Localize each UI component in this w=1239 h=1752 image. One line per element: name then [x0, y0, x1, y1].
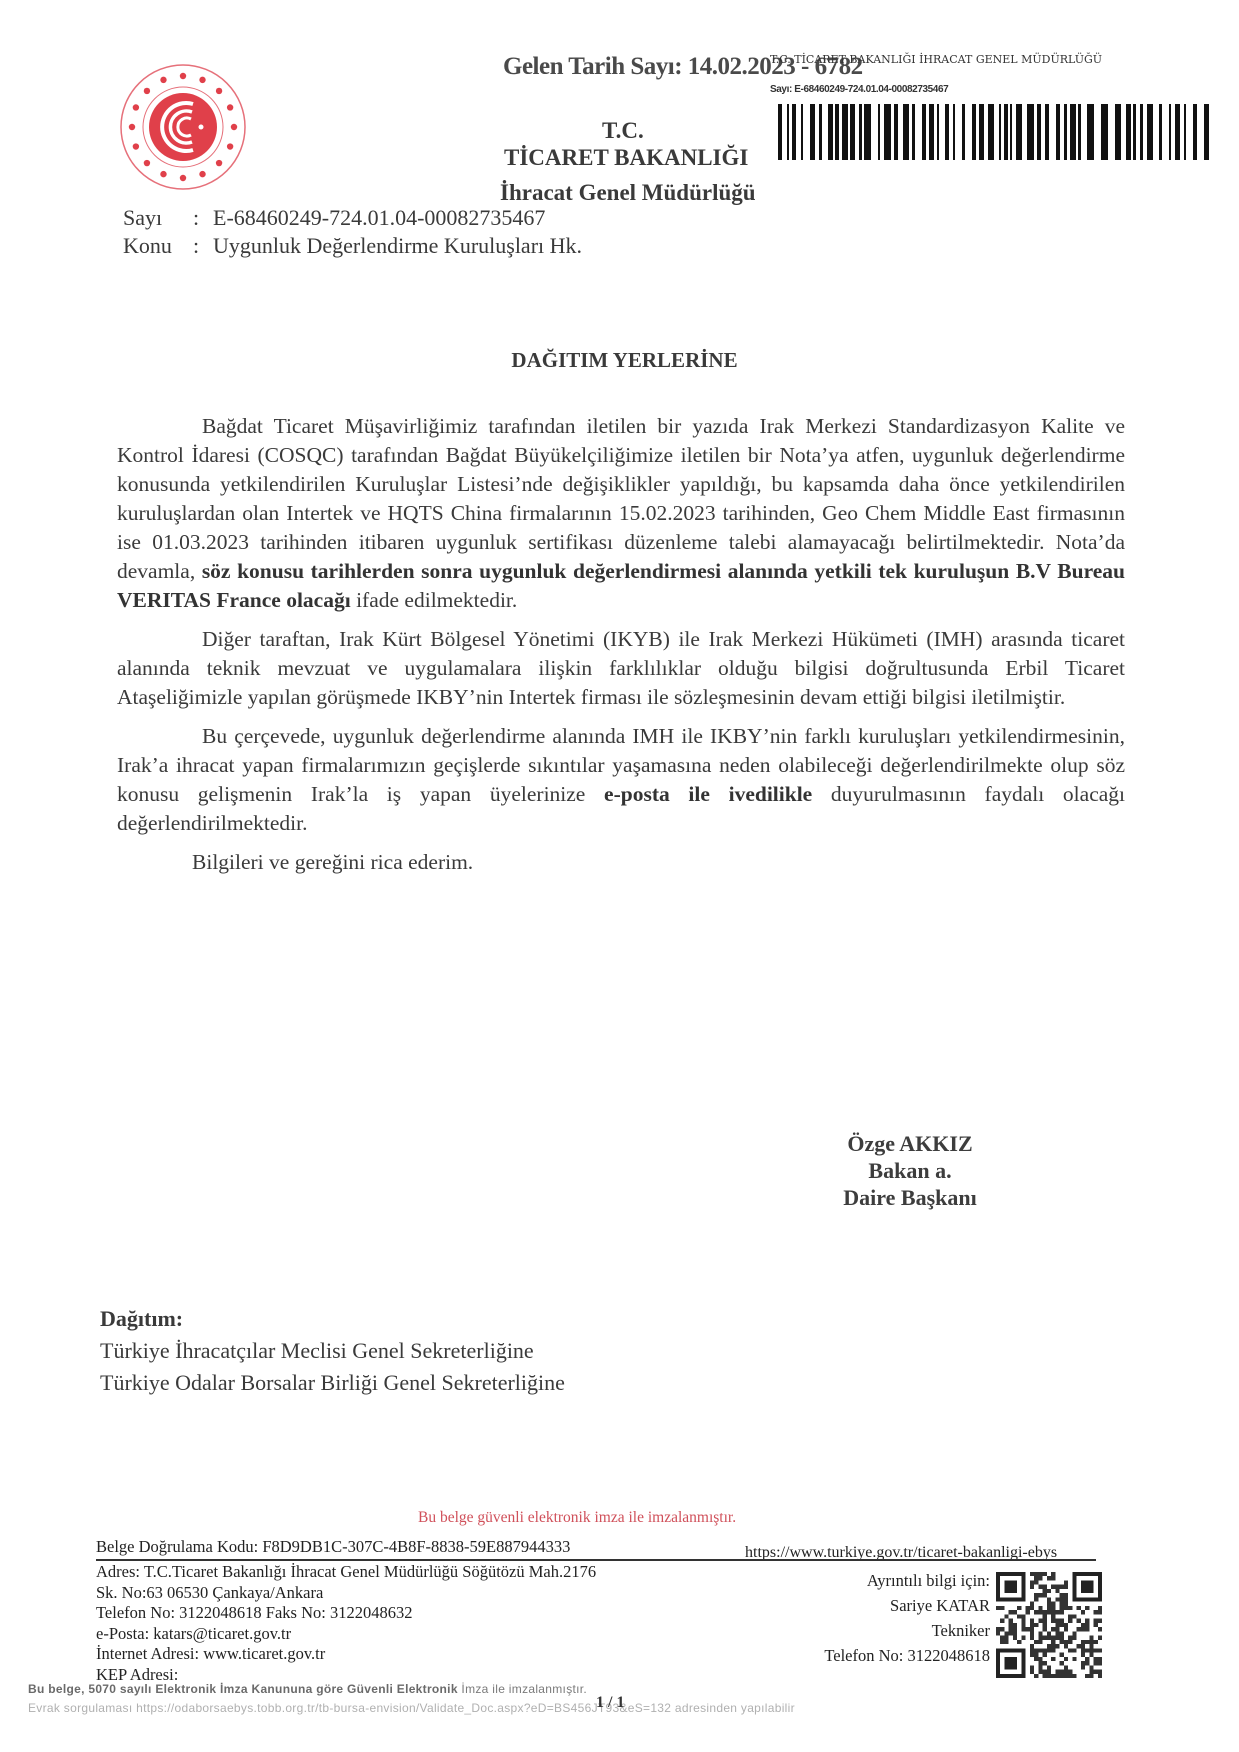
address-line-2: Sk. No:63 06530 Çankaya/Ankara: [96, 1583, 596, 1604]
paragraph-2: Diğer taraftan, Irak Kürt Bölgesel Yönet…: [117, 625, 1125, 712]
contact-name: Sariye KATAR: [760, 1593, 990, 1618]
legal-notice-bold: Bu belge, 5070 sayılı Elektronik İmza Ka…: [28, 1682, 458, 1696]
sayi-row: Sayı:E-68460249-724.01.04-00082735467: [123, 205, 545, 231]
p3-bold: e-posta ile ivedilikle: [604, 782, 812, 806]
legal-notice: Bu belge, 5070 sayılı Elektronik İmza Ka…: [28, 1682, 587, 1696]
signature-block: Özge AKKIZ Bakan a. Daire Başkanı: [820, 1130, 1000, 1211]
page-number: 1 / 1: [596, 1694, 624, 1712]
document-query-link[interactable]: Evrak sorgulaması https://odaborsaebys.t…: [28, 1701, 795, 1715]
legal-notice-rest: İmza ile imzalanmıştır.: [458, 1682, 587, 1696]
qr-code-icon: [996, 1572, 1102, 1678]
p1-text: Bağdat Ticaret Müşavirliğimiz tarafından…: [117, 414, 1125, 583]
paragraph-1: Bağdat Ticaret Müşavirliğimiz tarafından…: [117, 412, 1125, 615]
contact-title: Tekniker: [760, 1618, 990, 1643]
contact-label: Ayrıntılı bilgi için:: [760, 1568, 990, 1593]
stamp-ministry-label: T.C. TİCARET BAKANLIĞI İHRACAT GENEL MÜD…: [770, 53, 1102, 66]
signer-proxy: Bakan a.: [820, 1157, 1000, 1184]
distribution-item: Türkiye İhracatçılar Meclisi Genel Sekre…: [100, 1338, 534, 1364]
signer-name: Özge AKKIZ: [820, 1130, 1000, 1157]
verification-code: Belge Doğrulama Kodu: F8D9DB1C-307C-4B8F…: [96, 1537, 570, 1557]
konu-colon: :: [193, 233, 213, 259]
p1-bold: söz konusu tarihlerden sonra uygunluk de…: [117, 559, 1125, 612]
stamp-sayi: Sayı: E-68460249-724.01.04-00082735467: [770, 84, 948, 95]
addressee-title: DAĞITIM YERLERİNE: [0, 348, 1239, 373]
p1-end: ifade edilmektedir.: [351, 588, 518, 612]
sayi-colon: :: [193, 205, 213, 231]
paragraph-3: Bu çerçevede, uygunluk değerlendirme ala…: [117, 722, 1125, 838]
address-line-1: Adres: T.C.Ticaret Bakanlığı İhracat Gen…: [96, 1562, 596, 1583]
ministry-emblem-icon: [118, 62, 248, 192]
phone-fax: Telefon No: 3122048618 Faks No: 31220486…: [96, 1603, 596, 1624]
distribution-label: Dağıtım:: [100, 1306, 183, 1332]
closing-line: Bilgileri ve gereğini rica ederim.: [117, 848, 1125, 877]
contact-block: Ayrıntılı bilgi için: Sariye KATAR Tekni…: [760, 1568, 990, 1668]
e-signature-notice: Bu belge güvenli elektronik imza ile imz…: [418, 1509, 736, 1527]
org-ministry: TİCARET BAKANLIĞI: [504, 145, 748, 171]
konu-row: Konu:Uygunluk Değerlendirme Kuruluşları …: [123, 233, 582, 259]
internet-address: İnternet Adresi: www.ticaret.gov.tr: [96, 1644, 596, 1665]
letter-body: Bağdat Ticaret Müşavirliğimiz tarafından…: [117, 412, 1125, 887]
org-tc: T.C.: [602, 118, 644, 144]
sayi-value: E-68460249-724.01.04-00082735467: [213, 205, 545, 230]
konu-label: Konu: [123, 233, 193, 259]
contact-phone: Telefon No: 3122048618: [760, 1643, 990, 1668]
address-block: Adres: T.C.Ticaret Bakanlığı İhracat Gen…: [96, 1562, 596, 1685]
signer-title: Daire Başkanı: [820, 1184, 1000, 1211]
org-department: İhracat Genel Müdürlüğü: [500, 180, 756, 206]
distribution-item: Türkiye Odalar Borsalar Birliği Genel Se…: [100, 1370, 565, 1396]
barcode-icon: [778, 104, 1210, 160]
konu-value: Uygunluk Değerlendirme Kuruluşları Hk.: [213, 233, 582, 258]
footer-divider: [96, 1559, 1096, 1561]
email: e-Posta: katars@ticaret.gov.tr: [96, 1624, 596, 1645]
sayi-label: Sayı: [123, 205, 193, 231]
